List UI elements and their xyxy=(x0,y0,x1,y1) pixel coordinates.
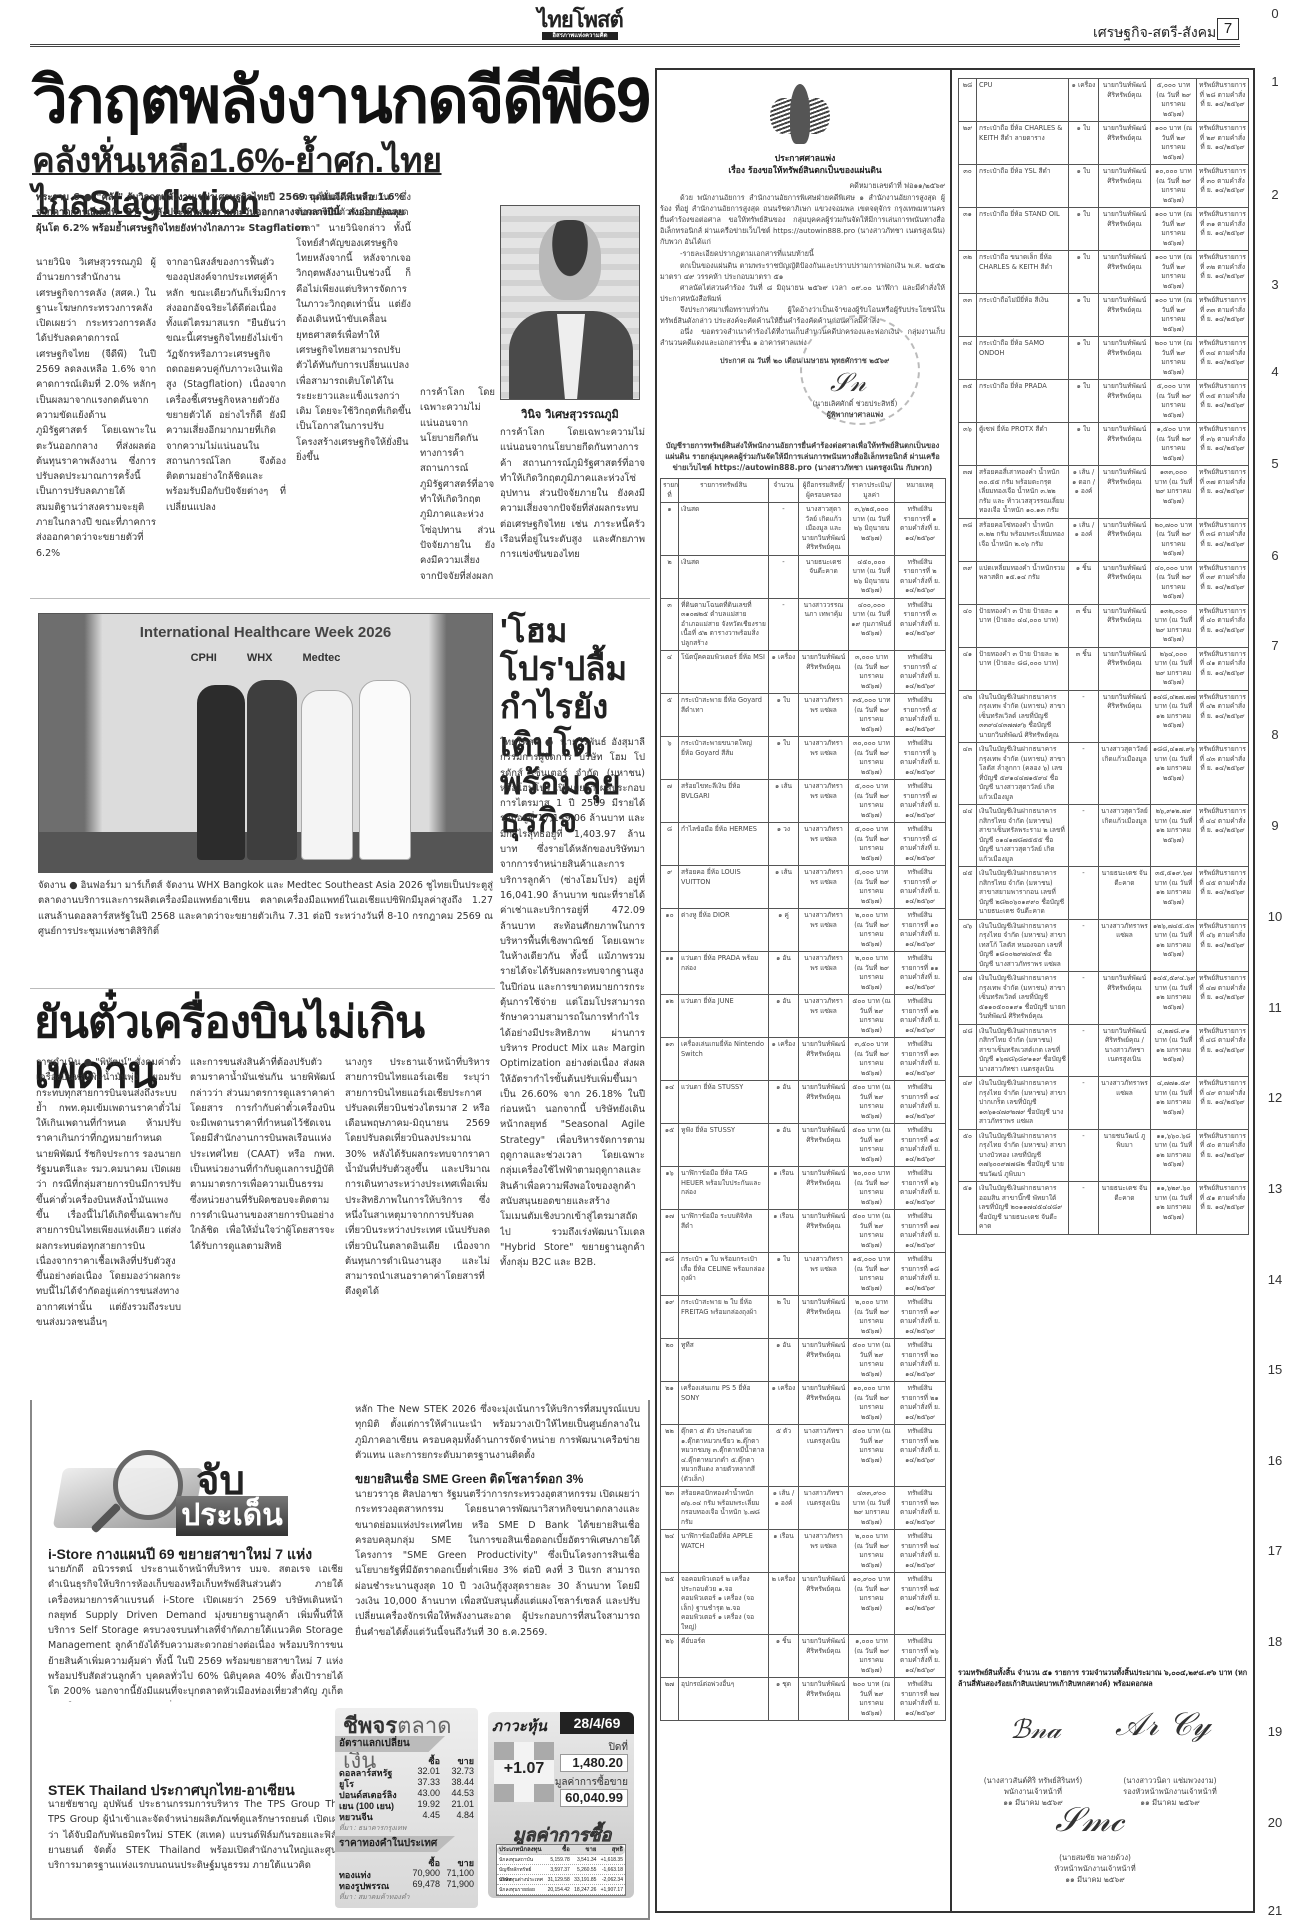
lead-headline: วิกฤตพลังงานกดจีดีพี69 xyxy=(32,64,650,136)
notice-para-4: ศาลนัดไต่สวนคำร้อง วันที่ ๘ มิถุนายน ๒๕๖… xyxy=(660,282,945,304)
turnover-label: มูลค่าการซื้อขาย xyxy=(555,1775,628,1790)
notice-date: ประกาศ ณ วันที่ ๒๐ เดือน เมษายน พุทธศักร… xyxy=(720,355,950,366)
asset-row: ๒เงินสด-นายธนะเดช จันดีะคาด๔๕๐,๐๐๐ บาท (… xyxy=(661,555,946,598)
investor-table-header: ประเภทนักลงทุนซื้อขายสุทธิ xyxy=(497,1845,625,1855)
signature-1: ℬ𝓃𝒶 xyxy=(1010,1715,1061,1746)
turnover-value: 60,040.99 xyxy=(560,1789,628,1807)
event-logos: CPHI WHX Medtec xyxy=(39,652,492,664)
cphi-logo: CPHI xyxy=(191,652,217,664)
person-4 xyxy=(359,680,411,860)
asset-row: ๔๓เงินในบัญชีเงินฝากธนาคารกรุงเทพ จำกัด … xyxy=(959,743,1249,805)
asset-row: ๓๐กระเป๋าถือ ยี่ห้อ YSL สีดำ๑ ใบนายกวินท… xyxy=(959,165,1249,208)
asset-table-left: รายการที่ รายการทรัพย์สิน จำนวน ผู้ถือกร… xyxy=(660,478,946,1721)
asset-row: ๑๖นาฬิกาข้อมือ ยี่ห้อ TAG HEUER พร้อมใบป… xyxy=(661,1167,946,1210)
notice-para-2: -รายละเอียดปรากฏตามเอกสารที่แนบท้ายนี้ xyxy=(660,248,945,259)
case-number: คดีหมายเลขดำที่ ฟอ๑๑/๒๕๖๙ xyxy=(660,180,945,191)
stock-title: ภาวะหุ้น xyxy=(492,1714,547,1738)
asset-row: ๔๖เงินในบัญชีเงินฝากธนาคารกรุงไทย จำกัด … xyxy=(959,919,1249,972)
investor-row: บัญชีหลักทรัพย์บริษัท3,597.375,260.55-1,… xyxy=(497,1865,625,1875)
asset-row: ๒๙กระเป๋าถือ ยี่ห้อ CHARLES & KEITH สีดำ… xyxy=(959,122,1249,165)
lead-column-4: การค้าโลก โดยเฉพาะความไม่แน่นอนจากนโยบาย… xyxy=(420,385,495,585)
gold-row: ทองรูปพรรณ69,47871,900 xyxy=(339,1879,474,1893)
signature-2: 𝒜𝓇 𝒞𝓎 xyxy=(1115,1705,1211,1744)
asset-row: ๔๙เงินในบัญชีเงินฝากธนาคารกรุงไทย จำกัด … xyxy=(959,1077,1249,1130)
section-label: เศรษฐกิจ-สตรี-สังคม xyxy=(1093,22,1216,44)
asset-row: ๑เงินสด-นางสาวสุดาวัลย์ เกิดแก้วเมืองมูล… xyxy=(661,503,946,556)
asset-row: ๓๘สร้อยคอโซ่ทองคำ น้ำหนัก ๓.๒๒ กรัม พร้อ… xyxy=(959,518,1249,561)
asset-row: ๑๗นาฬิกาข้อมือ ระบบดิจิทัล สีดำ๑ เรือนนา… xyxy=(661,1210,946,1253)
asset-row: ๒๒ตุ๊กตา ๕ ตัว ประกอบด้วย ๑.ตุ๊กตาหมวกเข… xyxy=(661,1425,946,1487)
money-market-box: ชีพจรตลาดเงิน อัตราแลกเปลี่ยน ซื้อขาย ดอ… xyxy=(335,1708,478,1908)
airline-column-1: ราชดำเนิน ● "พิพัฒน์" สั่งคุมค่าตั๋วเครื… xyxy=(36,1055,181,1390)
asset-row: ๔โน้ตบุ๊คคอมพิวเตอร์ ยี่ห้อ MSI๑ เครื่อง… xyxy=(661,651,946,694)
lead-column-2: จากอานิสงส์ของการฟื้นตัวของอุปสงค์จากประ… xyxy=(166,255,286,585)
asset-row: ๔๒เงินในบัญชีเงินฝากธนาคารกรุงเทพ จำกัด … xyxy=(959,690,1249,743)
stock-date: 28/4/69 xyxy=(560,1712,634,1734)
investor-row: นักลงทุนต่างประเทศ31,129.5833,191.85-2,0… xyxy=(497,1875,625,1885)
judge-name: (นายเลิศศักดิ์ ช่วยประสิทธิ์) xyxy=(790,398,920,409)
asset-row: ๒๑เครื่องเล่นเกม PS 5 ยี่ห้อ SONY๑ เครื่… xyxy=(661,1382,946,1425)
section-divider xyxy=(30,988,495,989)
asset-row: ๒๓สร้อยคอปักทองคำน้ำหนัก ๗๖.๐๔ กรัม พร้อ… xyxy=(661,1487,946,1530)
investor-table: ประเภทนักลงทุนซื้อขายสุทธิ นักลงทุนสถาบั… xyxy=(496,1844,626,1896)
section-divider xyxy=(30,598,650,599)
asset-row: ๔๘เงินในบัญชีเงินฝากธนาคารกสิกรไทย จำกัด… xyxy=(959,1024,1249,1077)
asset-row: ๓๖ตู้เซฟ ยี่ห้อ PROTX สีดำ๑ ใบนายกวินท์พ… xyxy=(959,423,1249,466)
lead-column-3: ความไม่แน่นอนรายวัน ซึ่งต้องเตรียมตัวรับ… xyxy=(296,190,411,585)
asset-row: ๓๓กระเป๋าถือไม่มียี่ห้อ สีเงิน๑ ใบนายกวิ… xyxy=(959,294,1249,337)
stek-continued: หลัก The New STEK 2026 ซึ่งจะมุ่งเน้นการ… xyxy=(355,1402,640,1464)
gold-section-label: ราคาทองคำในประเทศ xyxy=(335,1836,455,1852)
airline-column-3: นางกูร ประธานเจ้าหน้าที่บริหารสายการบินไ… xyxy=(345,1055,490,1390)
asset-row: ๔๑ป้ายทองคำ ๓ ป้าย ป้ายละ ๒ บาท (ป้ายละ … xyxy=(959,647,1249,690)
fx-section-label: อัตราแลกเปลี่ยน xyxy=(335,1736,445,1752)
asset-row: ๒๔นาฬิกาข้อมือยี่ห้อ APPLE WATCH๑ เรือนน… xyxy=(661,1530,946,1573)
investor-row: นักลงทุนรายย่อย20,154.4218,247.26+1,907.… xyxy=(497,1885,625,1895)
person-3 xyxy=(301,690,353,860)
asset-row: ๕๑เงินในบัญชีเงินฝากธนาคารออมสิน สาขาบิ๊… xyxy=(959,1182,1249,1235)
asset-row: ๑๘กระเป๋า ๑ ใบ พร้อมกระเป๋าเสื้อ ยี่ห้อ … xyxy=(661,1253,946,1296)
asset-row: ๕๐เงินในบัญชีเงินฝากธนาคารกรุงไทย จำกัด … xyxy=(959,1129,1249,1182)
investor-row: นักลงทุนสถาบัน5,159.783,541.34+1,618.35 xyxy=(497,1855,625,1865)
asset-row: ๒๐ทูทีส๑ อันนายกวินท์พัฒน์ ศิริทรัพย์คุณ… xyxy=(661,1339,946,1382)
lead-column-5: การค้าโลก โดยเฉพาะความไม่แน่นอนจากนโยบาย… xyxy=(500,425,645,585)
asset-row: ๖กระเป๋าสะพายขนาดใหญ่ ยี่ห้อ Goyard สีส้… xyxy=(661,737,946,780)
asset-row: ๑๕หูฟัง ยี่ห้อ STUSSY๑ อันนายกวินท์พัฒน์… xyxy=(661,1124,946,1167)
asset-row: ๒๘CPU๑ เครื่องนายกวินท์พัฒน์ ศิริทรัพย์ค… xyxy=(959,79,1249,122)
asset-row: ๔๐ป้ายทองคำ ๓ ป้าย ป้ายละ ๑ บาท (ป้ายละ … xyxy=(959,604,1249,647)
asset-row: ๑๒แว่นตา ยี่ห้อ JUNE๑ อันนางสาวภัทราพร แ… xyxy=(661,995,946,1038)
asset-row: ๓๗สร้อยคอสี่เสาทองคำ น้ำหนัก ๓๐.๕๕ กรัม … xyxy=(959,466,1249,519)
portrait-photo xyxy=(500,205,640,400)
whx-logo: WHX xyxy=(247,652,273,664)
event-caption: จัดงาน ● อินฟอร์มา มาร์เก็ตส์ จัดงาน WHX… xyxy=(38,878,493,939)
asset-row: ๒๕จอคอมพิวเตอร์ ๒ เครื่อง ประกอบด้วย ๑.จ… xyxy=(661,1573,946,1635)
asset-row: ๑๓เครื่องเล่นเกมยี่ห้อ Nintendo Switch๑ … xyxy=(661,1038,946,1081)
magnifier-icon xyxy=(113,1450,183,1520)
close-value: 1,480.20 xyxy=(560,1754,628,1772)
asset-row: ๒๗อุปกรณ์ต่อพ่วงอื่นๆ๑ ชุดนายกวินท์พัฒน์… xyxy=(661,1678,946,1721)
asset-row: ๒๖คีย์บอร์ด๑ ชิ้นนายกวินท์พัฒน์ ศิริทรัพ… xyxy=(661,1635,946,1678)
homepro-body: ไทยโพสต์ ● นายวีรพันธ์ อังสุมาลี กรรมการ… xyxy=(500,735,645,1325)
asset-totals: รวมทรัพย์สินทั้งสิ้น จำนวน ๕๑ รายการ รวม… xyxy=(958,1667,1248,1689)
portrait-caption: วินิจ วิเศษสุวรรณภูมิ xyxy=(500,405,640,423)
index-change: +1.07 xyxy=(494,1760,554,1778)
event-photo: International Healthcare Week 2026 CPHI … xyxy=(38,613,493,873)
asset-row: ๑๑แว่นตา ยี่ห้อ PRADA พร้อมกล่อง๑ อันนาง… xyxy=(661,952,946,995)
asset-row: ๘กำไลข้อมือ ยี่ห้อ HERMES๑ วงนางสาวภัทรา… xyxy=(661,823,946,866)
stock-market-box: ภาวะหุ้น 28/4/69 +1.07 ปิดที่ 1,480.20 ม… xyxy=(488,1712,634,1898)
notice-para-1: ด้วย พนักงานอัยการ สำนักงานอัยการพิเศษฝ่… xyxy=(660,192,945,247)
portrait-head xyxy=(539,220,601,300)
asset-row: ๓๙แปดเหลี่ยมทองคำ น้ำหนักรวมพลาสติก ๑๕.๑… xyxy=(959,561,1249,604)
person-1 xyxy=(197,685,245,860)
notice-para-5: จึงประกาศมาเพื่อทราบทั่วกัน ผู้ใดอ้างว่า… xyxy=(660,304,945,326)
asset-list-title: บัญชีรายการทรัพย์สินส่งให้พนักงานอัยการย… xyxy=(660,440,945,473)
medtec-logo: Medtec xyxy=(303,652,341,664)
asset-row: ๓๕กระเป๋าถือ ยี่ห้อ PRADA๑ ใบนายกวินท์พั… xyxy=(959,380,1249,423)
fx-source: ที่มา : ธนาคารกรุงเทพ xyxy=(339,1823,406,1834)
asset-row: ๔๗เงินในบัญชีเงินฝากธนาคารกรุงเทพ จำกัด … xyxy=(959,972,1249,1025)
asset-row: ๔๔เงินในบัญชีเงินฝากธนาคารกสิกรไทย จำกัด… xyxy=(959,805,1249,867)
logo-tagline: อิสรภาพแห่งความคิด xyxy=(542,32,618,40)
page-number: 7 xyxy=(1217,18,1239,40)
notice-heading: ประกาศศาลแพ่ง เรื่อง ร้องขอให้ทรัพย์สินต… xyxy=(660,153,950,177)
asset-row: ๓ที่ดินตามโฉนดที่ดินเลขที่ ๓๑๐๗๒๕ ตำบลแม… xyxy=(661,598,946,651)
asset-row: ๑๐ต่างหู ยี่ห้อ DIOR๑ คู่นางสาวภัทราพร แ… xyxy=(661,909,946,952)
stek-body: นายชัยชาญ อุปพันธ์ ประธานกรรมการบริหาร T… xyxy=(48,1797,343,1907)
asset-row: ๓๔กระเป๋าถือ ยี่ห้อ SAMO ONDOH๑ ใบนายกวิ… xyxy=(959,337,1249,380)
asset-row: ๓๑กระเป๋าถือ ยี่ห้อ STAND OIL๑ ใบนายกวิน… xyxy=(959,208,1249,251)
asset-table-header: รายการที่ รายการทรัพย์สิน จำนวน ผู้ถือกร… xyxy=(661,479,946,503)
newspaper-logo: ไทยโพสต์ อิสรภาพแห่งความคิด xyxy=(532,8,628,40)
notice-para-3: ตกเป็นของแผ่นดิน ตามพระราชบัญญัติป้องกัน… xyxy=(660,260,945,282)
gold-source: ที่มา : สมาคมค้าทองคำ xyxy=(339,1892,410,1903)
sme-green-body: นายวราวุธ ศิลปอาชา รัฐมนตรีว่าการกระทรวง… xyxy=(355,1487,640,1697)
airline-column-2: และการขนส่งสินค้าที่ต้องปรับตัวตามราคาน้… xyxy=(190,1055,335,1390)
asset-row: ๗สร้อยไขทะลีเงิน ยี่ห้อ BVLGARI๑ เส้นนาง… xyxy=(661,780,946,823)
person-2 xyxy=(247,680,297,860)
masthead-rule xyxy=(30,44,1240,47)
asset-row: ๓๒กระเป๋าถือ ขนาดเล็ก ยี่ห้อ CHARLES & K… xyxy=(959,251,1249,294)
lead-column-1: นายวินิจ วิเศษสุวรรณภูมิ ผู้อำนวยการสำนั… xyxy=(36,255,156,585)
judge-signature: 𝒮𝓃 xyxy=(830,368,866,399)
judge-title: ผู้พิพากษาศาลแพ่ง xyxy=(790,409,920,420)
asset-table-right: ๒๘CPU๑ เครื่องนายกวินท์พัฒน์ ศิริทรัพย์ค… xyxy=(958,78,1249,1235)
event-banner-title: International Healthcare Week 2026 xyxy=(39,624,492,641)
signatory-3: (นายสมชัย พลายด้วง) หัวหน้าพนักงานเจ้าหน… xyxy=(1025,1852,1165,1885)
asset-row: ๙สร้อยคอ ยี่ห้อ LOUIS VUITTON๑ เส้นนางสา… xyxy=(661,866,946,909)
signature-3: 𝒮𝓂𝒸 xyxy=(1055,1800,1124,1840)
asset-row: ๑๔แว่นตา ยี่ห้อ STUSSY๑ อันนายกวินท์พัฒน… xyxy=(661,1081,946,1124)
notice-column-divider xyxy=(950,68,952,1913)
istore-body: นายภักดี อนิวรรตน์ ประธานเจ้าหน้าที่บริห… xyxy=(48,1562,343,1702)
asset-row: ๔๕เงินในบัญชีเงินฝากธนาคารกสิกรไทย จำกัด… xyxy=(959,867,1249,920)
jab-pradeen-logo: จับ ประเด็น xyxy=(48,1448,288,1540)
fx-row: หยวนจีน4.454.84 xyxy=(339,1810,474,1824)
asset-row: ๕กระเป๋าสะพาย ยี่ห้อ Goyard สีดำเทา๑ ใบน… xyxy=(661,694,946,737)
asset-row: ๑๙กระเป๋าสะพาย ๒ ใบ ยี่ห้อ FREITAG พร้อม… xyxy=(661,1296,946,1339)
garuda-emblem-icon xyxy=(770,80,830,150)
close-label: ปิดที่ xyxy=(609,1740,628,1755)
